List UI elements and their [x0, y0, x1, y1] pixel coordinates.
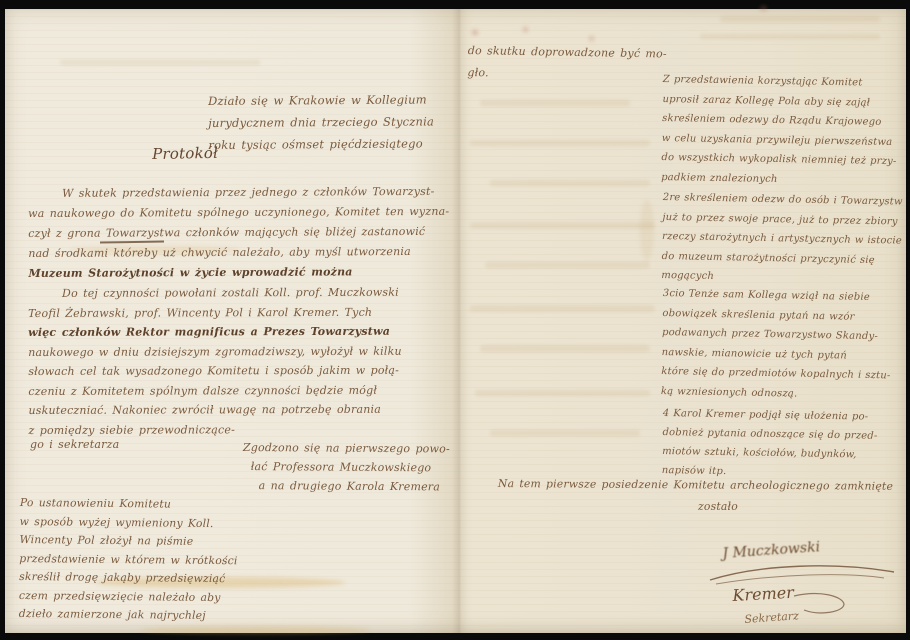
bleed-through-ghost — [480, 345, 650, 352]
bleed-through-ghost — [470, 222, 655, 229]
manuscript-line: w sposób wyżej wymieniony Koll. — [20, 512, 242, 533]
manuscript-line: Zgodzono się na pierwszego powo- — [243, 438, 453, 458]
manuscript-line: do skutku doprowadzone być mo- — [468, 40, 708, 66]
paragraph-1: W skutek przedstawienia przez jednego z … — [28, 182, 455, 284]
manuscript-line: skreślił drogę jakąby przedsięwziąć — [19, 568, 241, 589]
manuscript-line: W skutek przedstawienia przez jednego z … — [28, 182, 454, 204]
manuscript-line: wa naukowego do Komitetu spólnego uczyni… — [28, 202, 454, 224]
bleed-through-ghost — [470, 140, 650, 146]
manuscript-line: zostało — [698, 500, 738, 513]
manuscript-line: czeniu z Komitetem spólnym dalsze czynno… — [28, 380, 454, 401]
heading-text: Protokół — [152, 144, 218, 163]
paragraph-3: Po ustanowieniu Komitetuw sposób wyżej w… — [19, 494, 242, 626]
manuscript-line: Teofil Żebrawski, prof. Wincenty Pol i K… — [28, 302, 454, 323]
signature-flourish-icon — [790, 588, 860, 618]
bleed-through-ghost — [490, 430, 640, 436]
point-4-block: 4 Karol Kremer podjął się ułożenia po-do… — [662, 404, 908, 484]
manuscript-line: nad środkami któreby uż chwycić należało… — [28, 242, 454, 264]
manuscript-line: słowach cel tak wysadzonego Komitetu i s… — [28, 361, 454, 382]
bleed-through-ghost — [490, 180, 650, 186]
manuscript-line: czem przedsięwzięcie należało aby — [19, 586, 241, 607]
bleed-through-ghost — [475, 390, 650, 396]
ink-smear-stain — [140, 626, 370, 634]
point-3-block: 3cio Tenże sam Kollega wziął na siebieob… — [661, 284, 908, 406]
dateline-block: Działo się w Krakowie w Kollegiumjurydyc… — [208, 88, 448, 156]
bleed-through-ghost — [485, 262, 650, 268]
manuscript-line: Na tem pierwsze posiedzenie Komitetu arc… — [498, 477, 893, 493]
manuscript-line: a na drugiego Karola Kremera — [259, 476, 453, 496]
manuscript-line: roku tysiąc ośmset pięćdziesiątego — [208, 132, 448, 156]
foxing-spot — [760, 6, 767, 11]
bleed-through-ghost — [60, 60, 260, 65]
manuscript-line: jurydycznem dnia trzeciego Stycznia — [208, 110, 448, 134]
manuscript-line: z pomiędzy siebie przewodniczące- — [28, 419, 454, 440]
manuscript-line: Muzeum Starożytności w życie wprowadzić … — [28, 262, 454, 284]
manuscript-line: go i sekretarza — [30, 438, 119, 451]
bleed-through-ghost — [700, 34, 880, 39]
foxing-spot — [589, 36, 594, 41]
paragraph-2: Do tej czynności powołani zostali Koll. … — [28, 283, 455, 440]
point-1-block: Z przedstawienia korzystając Komitetupro… — [661, 70, 908, 191]
document-heading: Protokół — [152, 144, 218, 163]
manuscript-line: Wincenty Pol złożył na piśmie — [19, 531, 241, 552]
manuscript-line: Do tej czynności powołani zostali Koll. … — [28, 283, 454, 304]
manuscript-scan: Działo się w Krakowie w Kollegiumjurydyc… — [0, 0, 910, 640]
manuscript-line: czył z grona Towarzystwa członków mający… — [28, 222, 454, 244]
bleed-through-ghost — [720, 16, 880, 22]
manuscript-line: łać Professora Muczkowskiego — [251, 457, 453, 477]
manuscript-line: naukowego w dniu dzisiejszym zgromadziws… — [28, 341, 454, 362]
bleed-through-ghost — [470, 305, 655, 312]
foxing-spot — [472, 30, 478, 35]
point-2-block: 2re skreśleniem odezw do osób i Towarzys… — [661, 188, 908, 290]
closing-line-2: zostało — [698, 500, 738, 513]
page-fold-crease — [452, 9, 468, 633]
bleed-through-ghost — [480, 100, 630, 106]
secretary-signature: Kremer — [732, 583, 794, 605]
signature-flourish-icon — [706, 560, 901, 586]
manuscript-line: Działo się w Krakowie w Kollegium — [208, 88, 448, 112]
foxing-spot — [640, 200, 654, 260]
secretary-signature-text: Kremer — [732, 583, 794, 605]
manuscript-line: więc członków Rektor magnificus a Prezes… — [28, 322, 454, 343]
manuscript-line: przedstawienie w którem w krótkości — [19, 549, 241, 570]
resolution-block: Zgodzono się na pierwszego powo-łać Prof… — [243, 438, 453, 496]
manuscript-line: dzieło zamierzone jak najrychlej — [19, 605, 241, 626]
manuscript-line: Po ustanowieniu Komitetu — [20, 494, 242, 515]
foxing-spot — [523, 27, 528, 32]
manuscript-line: uskuteczniać. Nakoniec zwrócił uwagę na … — [28, 400, 454, 421]
paragraph-2-tail: go i sekretarza — [30, 438, 119, 451]
